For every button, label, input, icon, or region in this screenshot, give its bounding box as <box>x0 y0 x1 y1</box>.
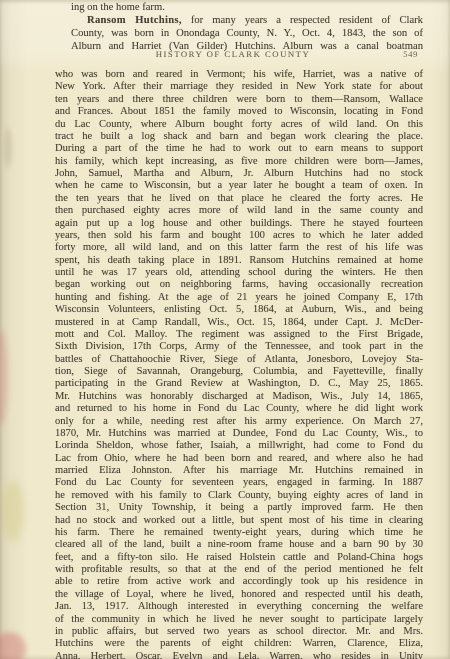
body-text-line: Mr. Hutchins was honorably discharged at… <box>55 391 423 403</box>
subject-name-bold: Ransom Hutchins, <box>87 15 182 26</box>
body-text-line: battles of Chattahoochie River, Siege of… <box>55 354 423 366</box>
body-text-line: tion, Siege of Savannah, Orangeburg, Col… <box>55 366 423 378</box>
body-text-line: and Frances. About 1851 the family moved… <box>55 106 423 118</box>
body-text-line: when he came to Wisconsin, but a year la… <box>55 180 423 192</box>
body-text-line: 1870, Mr. Hutchins was married at Dundee… <box>55 428 423 440</box>
body-text-line: mustered in at Camp Randall, Wis., Oct. … <box>55 317 423 329</box>
page-body-text: who was born and reared in Vermont; his … <box>55 69 423 659</box>
body-text-line: in public affairs, but served two years … <box>55 626 423 638</box>
page-header-title: HISTORY OF CLARK COUNTY <box>49 49 417 59</box>
body-text-line: his family, which kept increasing, as fi… <box>55 156 423 168</box>
body-text-line: cleared all of the land, built a nine-ro… <box>55 539 423 551</box>
body-text-line: Fond du Lac County for seventeen years, … <box>55 477 423 489</box>
body-text-line: Section 31, Unity Township, it being a p… <box>55 502 423 514</box>
body-text-line: years, then sold his farm and bought 100… <box>55 230 423 242</box>
body-text-line: only for a while, needing rest after his… <box>55 416 423 428</box>
body-text-line: New York. After their marriage they resi… <box>55 81 423 93</box>
scan-smudge <box>2 480 24 542</box>
body-text-line: again put up a log house and other build… <box>55 218 423 230</box>
body-text-line: he removed with his family to Clark Coun… <box>55 490 423 502</box>
page-header: HISTORY OF CLARK COUNTY 549 <box>55 49 423 61</box>
scanned-book-page: ing on the home farm. Ransom Hutchins, f… <box>0 0 450 659</box>
body-text-line: Lac from Ohio, where he had been born an… <box>55 453 423 465</box>
body-text-line: able to retire from active work and acco… <box>55 576 423 588</box>
body-text-line: Ransom Hutchins, for many years a respec… <box>71 14 423 27</box>
body-text-line: spent, his death taking place in 1891. R… <box>55 255 423 267</box>
body-text-line: feet, and a fifty-ton silo. He raised Ho… <box>55 552 423 564</box>
body-text-line: Hutchins were the parents of eight child… <box>55 638 423 650</box>
body-text-line: married Eliza Johnston. After his marria… <box>55 465 423 477</box>
body-text-line: Sixth Division, 17th Corps, Army of the … <box>55 341 423 353</box>
body-text-line: of the community in which he lived he ne… <box>55 614 423 626</box>
body-text-line: forty more, all wild land, and on this l… <box>55 242 423 254</box>
body-text-line: Jan. 13, 1917. Although interested in ev… <box>55 601 423 613</box>
body-text-line: Wisconsin Volunteers, enlisting Oct. 5, … <box>55 304 423 316</box>
body-text-line: then purchased eighty acres more of wild… <box>55 205 423 217</box>
page-number: 549 <box>403 49 418 59</box>
body-text-line: who was born and reared in Vermont; his … <box>55 69 423 81</box>
body-text-line: Anna, Herbert, Oscar, Evelyn and Lela. W… <box>55 651 423 659</box>
scan-smudge <box>0 330 8 425</box>
body-text-line: with profitable results, so that at the … <box>55 564 423 576</box>
body-text-line: ing on the home farm. <box>71 1 423 14</box>
body-text-line: participating in the Grand Review at Was… <box>55 378 423 390</box>
body-text-line: had no stock and worked out a little, bu… <box>55 515 423 527</box>
body-text-line: until he was 17 years old, attending sch… <box>55 267 423 279</box>
body-text-line: During a part of the time he had to work… <box>55 143 423 155</box>
body-text-line: began working out on neighboring farms, … <box>55 279 423 291</box>
body-text-span: for many years a respected resident of C… <box>182 15 423 26</box>
body-text-line: du Lac County, where Alburn bought forty… <box>55 119 423 131</box>
body-text-line: Lorinda Sheldon, whose father, Isaiah, a… <box>55 440 423 452</box>
body-text-line: hunting and fishing. At the age of 21 ye… <box>55 292 423 304</box>
scan-smudge <box>0 632 26 659</box>
body-text-line: mott and Col. Malloy. The regiment was a… <box>55 329 423 341</box>
body-text-line: and returned to his home in Fond du Lac … <box>55 403 423 415</box>
previous-page-fragment: ing on the home farm. Ransom Hutchins, f… <box>71 1 423 53</box>
body-text-line: ten years and there three children were … <box>55 94 423 106</box>
body-text-line: the ten years that he lived on that plac… <box>55 193 423 205</box>
scan-smudge <box>4 128 12 168</box>
body-text-line: the village of Loyal, where he lived, ho… <box>55 589 423 601</box>
body-text-line: John, Samuel, Martha and Alburn, Jr. Alb… <box>55 168 423 180</box>
body-text-line: tract he built a log shack and barn and … <box>55 131 423 143</box>
body-text-line: County, was born in Onondaga County, N. … <box>71 27 423 40</box>
body-text-line: his farm. There he remained twenty-eight… <box>55 527 423 539</box>
